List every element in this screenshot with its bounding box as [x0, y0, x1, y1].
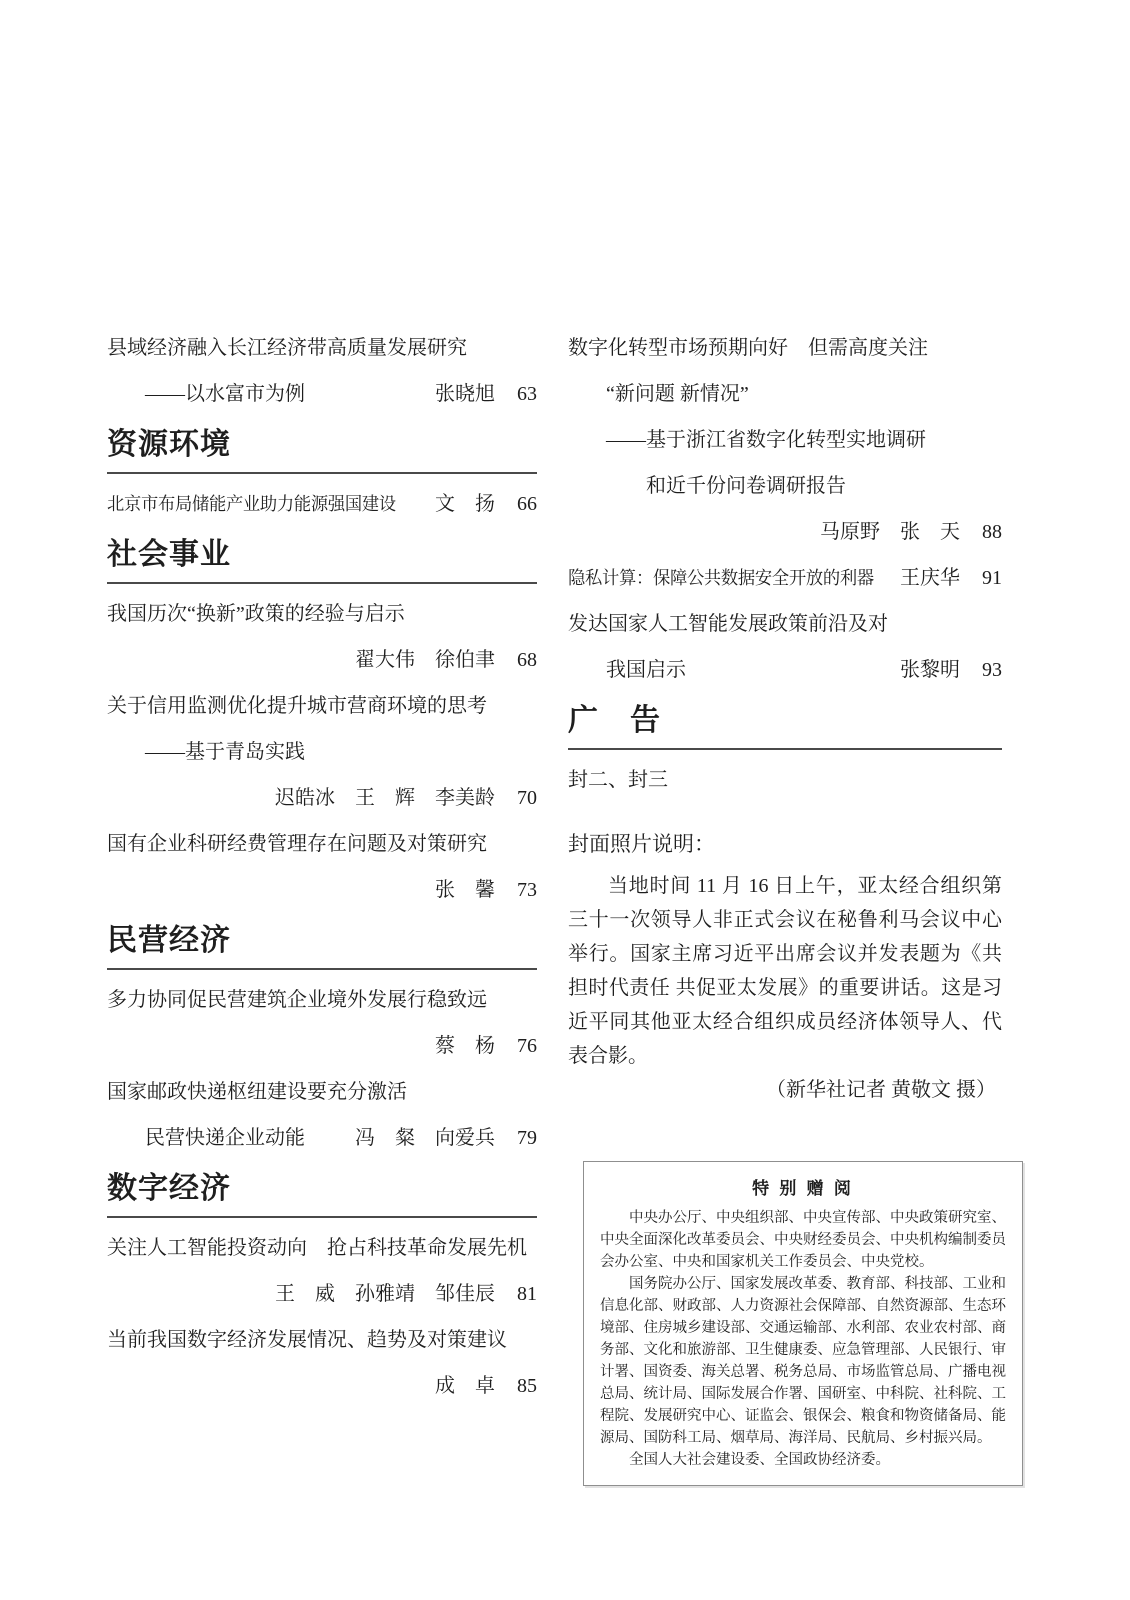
article-page-number: 66	[511, 492, 537, 517]
article-authors-row: 王 威 孙雅靖 邹佳辰 81	[107, 1282, 537, 1307]
toc-entry: 国家邮政快递枢纽建设要充分激活 民营快递企业动能 冯 粲 向爱兵 79	[107, 1080, 537, 1151]
article-title: 我国历次“换新”政策的经验与启示	[107, 602, 405, 627]
article-page-number: 91	[976, 566, 1002, 591]
article-title: 国家邮政快递枢纽建设要充分激活	[107, 1080, 407, 1105]
article-title: 多力协同促民营建筑企业境外发展行稳致远	[107, 988, 487, 1013]
cover-note-body: 当地时间 11 月 16 日上午，亚太经合组织第三十一次领导人非正式会议在秘鲁利…	[568, 869, 1002, 1073]
section-heading: 民营经济	[107, 924, 537, 958]
article-title-row: 关注人工智能投资动向 抢占科技革命发展先机	[107, 1236, 537, 1261]
toc-entry: 当前我国数字经济发展情况、趋势及对策建议 成 卓 85	[107, 1328, 537, 1399]
cover-note-credit: （新华社记者 黄敬文 摄）	[568, 1073, 1002, 1107]
article-page-number: 88	[976, 520, 1002, 545]
toc-entry: 封二、封三	[568, 768, 1002, 793]
toc-entry: 发达国家人工智能发展政策前沿及对 我国启示 张黎明 93	[568, 612, 1002, 683]
section-heading-block: 数字经济	[107, 1172, 537, 1218]
article-page-number: 63	[511, 382, 537, 407]
article-subtitle: ——以水富市为例	[107, 382, 305, 407]
section-heading: 广 告	[568, 704, 1002, 738]
article-title-row: 国家邮政快递枢纽建设要充分激活	[107, 1080, 537, 1105]
article-page-number: 79	[511, 1126, 537, 1151]
special-gift-box-paragraph: 全国人大社会建设委、全国政协经济委。	[600, 1449, 1006, 1471]
article-title: 关于信用监测优化提升城市营商环境的思考	[107, 694, 487, 719]
article-title-row: 多力协同促民营建筑企业境外发展行稳致远	[107, 988, 537, 1013]
article-title-row: 关于信用监测优化提升城市营商环境的思考	[107, 694, 537, 719]
toc-entry: 国有企业科研经费管理存在问题及对策研究 张 馨 73	[107, 832, 537, 903]
section-rule	[568, 748, 1002, 750]
toc-entry: 我国历次“换新”政策的经验与启示 翟大伟 徐伯聿 68	[107, 602, 537, 673]
magazine-toc-page: 县域经济融入长江经济带高质量发展研究 ——以水富市为例 张晓旭 63 资源环境 …	[0, 0, 1130, 1600]
article-authors-row: 张 馨 73	[107, 878, 537, 903]
article-authors: 张晓旭	[435, 382, 511, 407]
section-rule	[107, 472, 537, 474]
article-title-row: 县域经济融入长江经济带高质量发展研究	[107, 336, 537, 361]
article-title: 发达国家人工智能发展政策前沿及对	[568, 612, 888, 637]
article-authors-row: 成 卓 85	[107, 1374, 537, 1399]
article-authors: 文 扬	[435, 492, 511, 517]
article-subtitle-row: 和近千份问卷调研报告	[568, 474, 1002, 499]
toc-entry: 隐私计算：保障公共数据安全开放的利器 王庆华 91	[568, 566, 1002, 591]
article-subtitle-row: 民营快递企业动能 冯 粲 向爱兵 79	[107, 1126, 537, 1151]
article-authors: 蔡 杨	[435, 1034, 511, 1059]
toc-entry: 多力协同促民营建筑企业境外发展行稳致远 蔡 杨 76	[107, 988, 537, 1059]
article-subtitle-row: 我国启示 张黎明 93	[568, 658, 1002, 683]
article-subtitle: “新问题 新情况”	[568, 382, 749, 407]
article-authors-row: 马原野 张 天 88	[568, 520, 1002, 545]
article-page-number: 81	[511, 1282, 537, 1307]
section-heading: 社会事业	[107, 538, 537, 572]
article-authors: 张 馨	[435, 878, 511, 903]
article-authors-row: 翟大伟 徐伯聿 68	[107, 648, 537, 673]
section-rule	[107, 582, 537, 584]
article-title-row: 我国历次“换新”政策的经验与启示	[107, 602, 537, 627]
ad-pages-text: 封二、封三	[568, 768, 668, 793]
article-subtitle: ——基于青岛实践	[107, 740, 305, 765]
article-title-row: 国有企业科研经费管理存在问题及对策研究	[107, 832, 537, 857]
article-page-number: 68	[511, 648, 537, 673]
article-title: 当前我国数字经济发展情况、趋势及对策建议	[107, 1328, 507, 1353]
article-title-row: 发达国家人工智能发展政策前沿及对	[568, 612, 1002, 637]
cover-photo-note: 封面照片说明： 当地时间 11 月 16 日上午，亚太经合组织第三十一次领导人非…	[568, 831, 1002, 1107]
article-page-number: 76	[511, 1034, 537, 1059]
special-gift-box-title: 特 别 赠 阅	[600, 1174, 1006, 1199]
article-title-row: 隐私计算：保障公共数据安全开放的利器 王庆华 91	[568, 566, 1002, 591]
article-subtitle-row: ——以水富市为例 张晓旭 63	[107, 382, 537, 407]
article-title: 县域经济融入长江经济带高质量发展研究	[107, 336, 467, 361]
article-authors: 翟大伟 徐伯聿	[355, 648, 511, 673]
article-subtitle: 和近千份问卷调研报告	[568, 474, 846, 499]
article-authors: 王庆华	[900, 566, 976, 591]
article-title: 关注人工智能投资动向 抢占科技革命发展先机	[107, 1236, 527, 1261]
article-authors: 冯 粲 向爱兵	[355, 1126, 511, 1151]
toc-left-column: 县域经济融入长江经济带高质量发展研究 ——以水富市为例 张晓旭 63 资源环境 …	[107, 336, 537, 1486]
special-gift-box: 特 别 赠 阅 中央办公厅、中央组织部、中央宣传部、中央政策研究室、中央全面深化…	[583, 1161, 1023, 1486]
article-title-row: 当前我国数字经济发展情况、趋势及对策建议	[107, 1328, 537, 1353]
ad-pages-row: 封二、封三	[568, 768, 1002, 793]
section-heading-block: 民营经济	[107, 924, 537, 970]
toc-right-column: 数字化转型市场预期向好 但需高度关注 “新问题 新情况” ——基于浙江省数字化转…	[568, 336, 1002, 1486]
toc-columns: 县域经济融入长江经济带高质量发展研究 ——以水富市为例 张晓旭 63 资源环境 …	[0, 0, 1130, 1486]
article-title: 隐私计算：保障公共数据安全开放的利器	[568, 566, 874, 591]
article-authors: 马原野 张 天	[820, 520, 976, 545]
article-page-number: 93	[976, 658, 1002, 683]
article-page-number: 85	[511, 1374, 537, 1399]
article-authors-row: 迟皓冰 王 辉 李美龄 70	[107, 786, 537, 811]
article-page-number: 73	[511, 878, 537, 903]
article-authors-row: 蔡 杨 76	[107, 1034, 537, 1059]
article-subtitle-row: ——基于浙江省数字化转型实地调研	[568, 428, 1002, 453]
article-authors: 张黎明	[900, 658, 976, 683]
article-authors: 王 威 孙雅靖 邹佳辰	[275, 1282, 511, 1307]
article-subtitle: 我国启示	[568, 658, 686, 683]
article-authors: 迟皓冰 王 辉 李美龄	[275, 786, 511, 811]
toc-entry: 数字化转型市场预期向好 但需高度关注 “新问题 新情况” ——基于浙江省数字化转…	[568, 336, 1002, 545]
section-heading-block: 社会事业	[107, 538, 537, 584]
section-heading-block: 广 告	[568, 704, 1002, 750]
article-subtitle-row: ——基于青岛实践	[107, 740, 537, 765]
special-gift-box-paragraph: 中央办公厅、中央组织部、中央宣传部、中央政策研究室、中央全面深化改革委员会、中央…	[600, 1207, 1006, 1273]
article-title-row: 数字化转型市场预期向好 但需高度关注	[568, 336, 1002, 361]
section-rule	[107, 1216, 537, 1218]
article-title-row: 北京市布局储能产业助力能源强国建设 文 扬 66	[107, 492, 537, 517]
toc-entry: 县域经济融入长江经济带高质量发展研究 ——以水富市为例 张晓旭 63	[107, 336, 537, 407]
section-heading: 资源环境	[107, 428, 537, 462]
cover-note-title: 封面照片说明：	[568, 831, 1002, 857]
section-rule	[107, 968, 537, 970]
article-page-number: 70	[511, 786, 537, 811]
toc-entry: 关于信用监测优化提升城市营商环境的思考 ——基于青岛实践 迟皓冰 王 辉 李美龄…	[107, 694, 537, 811]
toc-entry: 关注人工智能投资动向 抢占科技革命发展先机 王 威 孙雅靖 邹佳辰 81	[107, 1236, 537, 1307]
toc-entry: 北京市布局储能产业助力能源强国建设 文 扬 66	[107, 492, 537, 517]
article-subtitle: ——基于浙江省数字化转型实地调研	[568, 428, 926, 453]
article-authors: 成 卓	[435, 1374, 511, 1399]
article-title: 北京市布局储能产业助力能源强国建设	[107, 492, 396, 517]
article-title: 国有企业科研经费管理存在问题及对策研究	[107, 832, 487, 857]
article-subtitle: 民营快递企业动能	[107, 1126, 305, 1151]
article-subtitle-row: “新问题 新情况”	[568, 382, 1002, 407]
section-heading-block: 资源环境	[107, 428, 537, 474]
article-title: 数字化转型市场预期向好 但需高度关注	[568, 336, 928, 361]
special-gift-box-paragraph: 国务院办公厅、国家发展改革委、教育部、科技部、工业和信息化部、财政部、人力资源社…	[600, 1273, 1006, 1449]
section-heading: 数字经济	[107, 1172, 537, 1206]
